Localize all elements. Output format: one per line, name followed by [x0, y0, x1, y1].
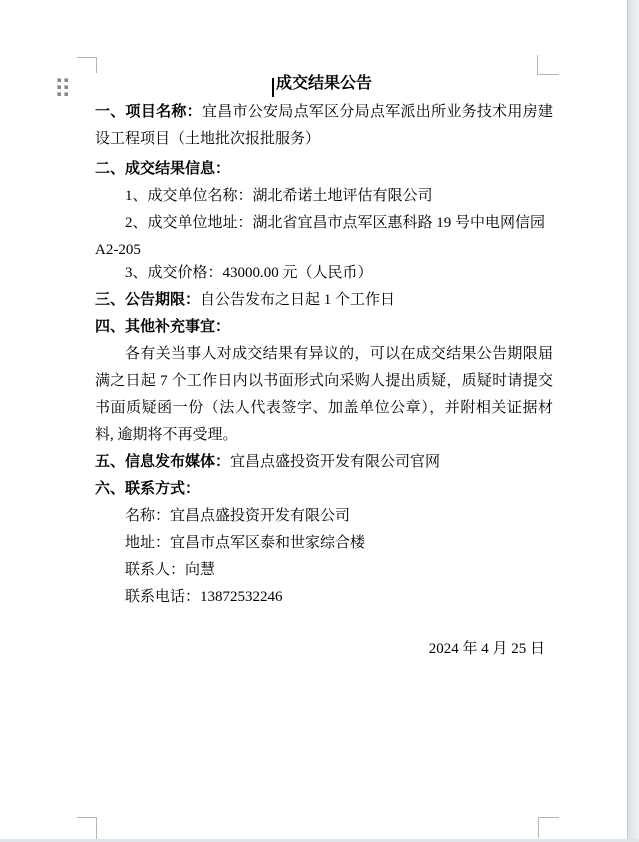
para-media: 五、信息发布媒体：宜昌点盛投资开发有限公司官网 — [95, 449, 553, 476]
text-run: 自公告发布之日起 1 个工作日 — [200, 292, 395, 308]
para-contact-address: 地址：宜昌市点军区泰和世家综合楼 — [95, 530, 553, 557]
text-run: 名称：宜昌点盛投资开发有限公司 — [125, 508, 350, 524]
vertical-scrollbar-track[interactable] — [628, 0, 639, 842]
grip-dot — [57, 85, 61, 89]
para-price: 3、成交价格：43000.00 元（人民币） — [95, 260, 553, 287]
text-run: 一、项目名称： — [95, 104, 202, 120]
text-run: 1、成交单位名称：湖北希诺土地评估有限公司 — [125, 188, 433, 204]
text-run: 地址：宜昌市点军区泰和世家综合楼 — [125, 535, 365, 551]
drag-handle-icon[interactable] — [57, 78, 68, 96]
document-content[interactable]: 成交结果公告一、项目名称：宜昌市公安局点军区分局点军派出所业务技术用房建设工程项… — [95, 70, 553, 663]
para-contact-person: 联系人：向慧 — [95, 557, 553, 584]
para-contact-name: 名称：宜昌点盛投资开发有限公司 — [95, 503, 553, 530]
para-date: 2024 年 4 月 25 日 — [95, 636, 553, 663]
text-run: 联系人：向慧 — [125, 562, 215, 578]
grip-dot — [64, 92, 68, 96]
text-run: 3、成交价格：43000.00 元（人民币） — [125, 265, 373, 281]
text-run: 2024 年 4 月 25 日 — [429, 641, 545, 657]
text-run: 各有关当事人对成交结果有异议的，可以在成交结果公告期限届满之日起 7 个工作日内… — [95, 346, 553, 443]
para-announcement-period: 三、公告期限：自公告发布之日起 1 个工作日 — [95, 287, 553, 314]
text-run: 四、其他补充事宜： — [95, 319, 230, 335]
text-run: 二、成交结果信息： — [95, 161, 230, 177]
para-contact-heading: 六、联系方式： — [95, 476, 553, 503]
para-winner-address: 2、成交单位地址：湖北省宜昌市点军区惠科路 19 号中电网信园A2-205 — [95, 210, 553, 264]
grip-dot — [64, 78, 68, 82]
para-other-heading: 四、其他补充事宜： — [95, 314, 553, 341]
para-result-heading: 二、成交结果信息： — [95, 156, 553, 183]
margin-crop-mark-bottom-right-icon — [538, 817, 559, 838]
text-run: 联系电话：13872532246 — [125, 589, 283, 605]
margin-crop-mark-bottom-left-icon — [77, 817, 97, 840]
grip-dot — [57, 92, 61, 96]
text-run: 三、公告期限： — [95, 292, 200, 308]
grip-dot — [64, 85, 68, 89]
document-page: 成交结果公告一、项目名称：宜昌市公安局点军区分局点军派出所业务技术用房建设工程项… — [0, 0, 628, 840]
text-run: 宜昌点盛投资开发有限公司官网 — [230, 454, 440, 470]
para-objection: 各有关当事人对成交结果有异议的，可以在成交结果公告期限届满之日起 7 个工作日内… — [95, 341, 553, 449]
word-processor-viewport: 成交结果公告一、项目名称：宜昌市公安局点军区分局点军派出所业务技术用房建设工程项… — [0, 0, 639, 842]
text-run: A2-205 — [95, 242, 141, 258]
para-contact-phone: 联系电话：13872532246 — [95, 584, 553, 611]
grip-dot — [57, 78, 61, 82]
doc-title: 成交结果公告 — [95, 70, 553, 97]
text-run: 五、信息发布媒体： — [95, 454, 230, 470]
text-run: 2、成交单位地址：湖北省宜昌市点军区惠科路 19 号中电网信园 — [125, 215, 545, 231]
text-run: 六、联系方式： — [95, 481, 200, 497]
para-project: 一、项目名称：宜昌市公安局点军区分局点军派出所业务技术用房建设工程项目（土地批次… — [95, 99, 553, 153]
para-winner-name: 1、成交单位名称：湖北希诺土地评估有限公司 — [95, 183, 553, 210]
text-run: 成交结果公告 — [276, 75, 372, 92]
margin-crop-mark-top-left-icon — [77, 57, 97, 73]
